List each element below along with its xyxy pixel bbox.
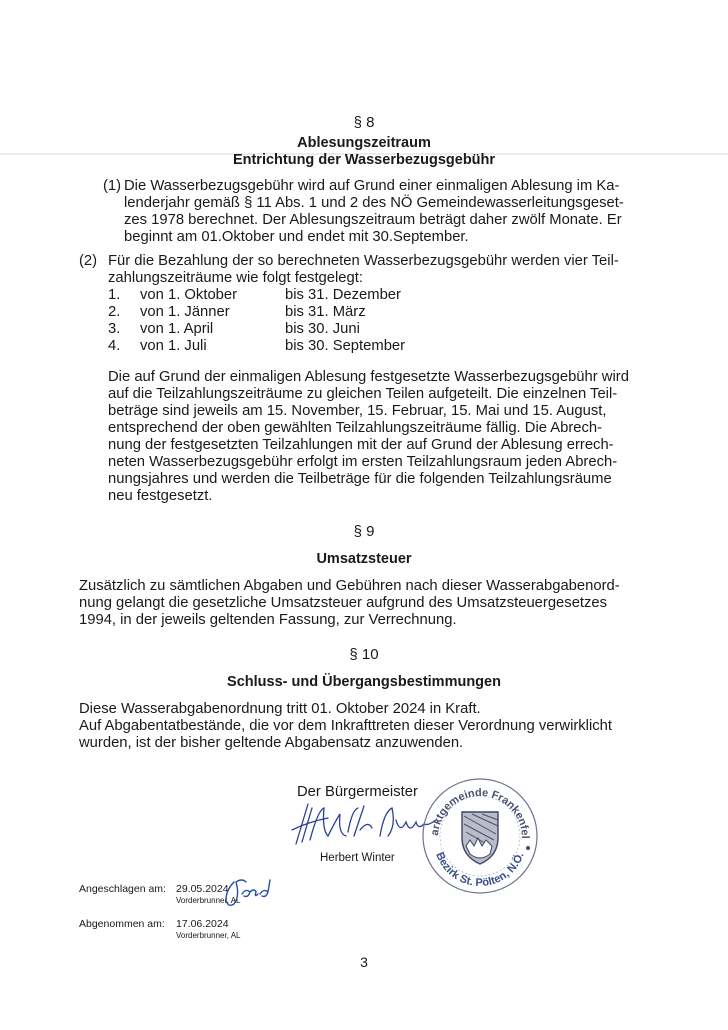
text-line: Zusätzlich zu sämtlichen Abgaben und Geb…	[79, 578, 620, 595]
paragraph-2: Für die Bezahlung der so berechneten Was…	[108, 253, 619, 355]
period-number: 2.	[108, 304, 140, 321]
coat-of-arms-icon	[462, 812, 498, 864]
text-line: 1994, in der jeweils geltenden Fassung, …	[79, 612, 620, 629]
section-9-number: § 9	[0, 523, 728, 540]
signatory-name: Herbert Winter	[320, 852, 395, 864]
text-line: nung gelangt die gesetzliche Umsatzsteue…	[79, 595, 620, 612]
period-from: von 1. Oktober	[140, 287, 285, 304]
handwritten-signature	[288, 800, 438, 850]
posted-label: Angeschlagen am:	[79, 883, 166, 895]
text-line: auf die Teilzahlungszeiträume zu gleiche…	[108, 386, 629, 403]
period-from: von 1. Juli	[140, 338, 285, 355]
text-line: neten Wasserbezugsgebühr erfolgt im erst…	[108, 454, 629, 471]
text-line: nungsjahres und werden die Teilbeträge f…	[108, 471, 629, 488]
page-number: 3	[0, 954, 728, 970]
text-line: Auf Abgabentatbestände, die vor dem Inkr…	[79, 718, 612, 735]
signature-role: Der Bürgermeister	[297, 784, 418, 801]
removed-date: 17.06.2024	[176, 918, 229, 930]
text-line: Diese Wasserabgabenordnung tritt 01. Okt…	[79, 701, 612, 718]
period-item: 1. von 1. Oktober bis 31. Dezember	[108, 287, 619, 304]
paragraph-1-label: (1)	[103, 178, 121, 195]
text-line: wurden, ist der bisher geltende Abgabens…	[79, 735, 612, 752]
text-line: nung der festgesetzten Teilzahlungen mit…	[108, 437, 629, 454]
text-line: zes 1978 berechnet. Der Ablesungszeitrau…	[124, 212, 624, 229]
period-to: bis 31. Dezember	[285, 287, 401, 304]
section-9-text: Zusätzlich zu sämtlichen Abgaben und Geb…	[79, 578, 620, 629]
removed-label: Abgenommen am:	[79, 918, 165, 930]
section-10-title: Schluss- und Übergangsbestimmungen	[0, 674, 728, 690]
text-line: neu festgesetzt.	[108, 488, 629, 505]
text-line: Die Wasserbezugsgebühr wird auf Grund ei…	[124, 178, 624, 195]
period-to: bis 31. März	[285, 304, 366, 321]
section-8-title-1: Ablesungszeitraum	[0, 135, 728, 151]
paragraph-1: Die Wasserbezugsgebühr wird auf Grund ei…	[124, 178, 624, 246]
period-item: 2. von 1. Jänner bis 31. März	[108, 304, 619, 321]
posted-date: 29.05.2024	[176, 883, 229, 895]
period-item: 3. von 1. April bis 30. Juni	[108, 321, 619, 338]
section-8-title-2: Entrichtung der Wasserbezugsgebühr	[0, 152, 728, 168]
period-to: bis 30. September	[285, 338, 405, 355]
period-list: 1. von 1. Oktober bis 31. Dezember 2. vo…	[108, 287, 619, 355]
initials-signature	[222, 876, 274, 910]
text-line: lenderjahr gemäß § 11 Abs. 1 und 2 des N…	[124, 195, 624, 212]
official-stamp: Marktgemeinde Frankenfels Bezirk St. Pöl…	[420, 776, 540, 896]
text-line: zahlungszeiträume wie folgt festgelegt:	[108, 270, 619, 287]
period-to: bis 30. Juni	[285, 321, 360, 338]
removed-by: Vorderbrunner, AL	[176, 931, 241, 940]
section-9-title: Umsatzsteuer	[0, 551, 728, 567]
text-line: Die auf Grund der einmaligen Ablesung fe…	[108, 369, 629, 386]
paragraph-2-continuation: Die auf Grund der einmaligen Ablesung fe…	[108, 369, 629, 505]
period-from: von 1. Jänner	[140, 304, 285, 321]
period-from: von 1. April	[140, 321, 285, 338]
text-line: Für die Bezahlung der so berechneten Was…	[108, 253, 619, 270]
period-number: 4.	[108, 338, 140, 355]
paragraph-2-label: (2)	[79, 253, 97, 270]
text-line: beträge sind jeweils am 15. November, 15…	[108, 403, 629, 420]
period-item: 4. von 1. Juli bis 30. September	[108, 338, 619, 355]
section-10-number: § 10	[0, 646, 728, 663]
section-10-text: Diese Wasserabgabenordnung tritt 01. Okt…	[79, 701, 612, 752]
text-line: beginnt am 01.Oktober und endet mit 30.S…	[124, 229, 624, 246]
period-number: 3.	[108, 321, 140, 338]
text-line: entsprechend der oben gewählten Teilzahl…	[108, 420, 629, 437]
period-number: 1.	[108, 287, 140, 304]
section-8-number: § 8	[0, 114, 728, 131]
